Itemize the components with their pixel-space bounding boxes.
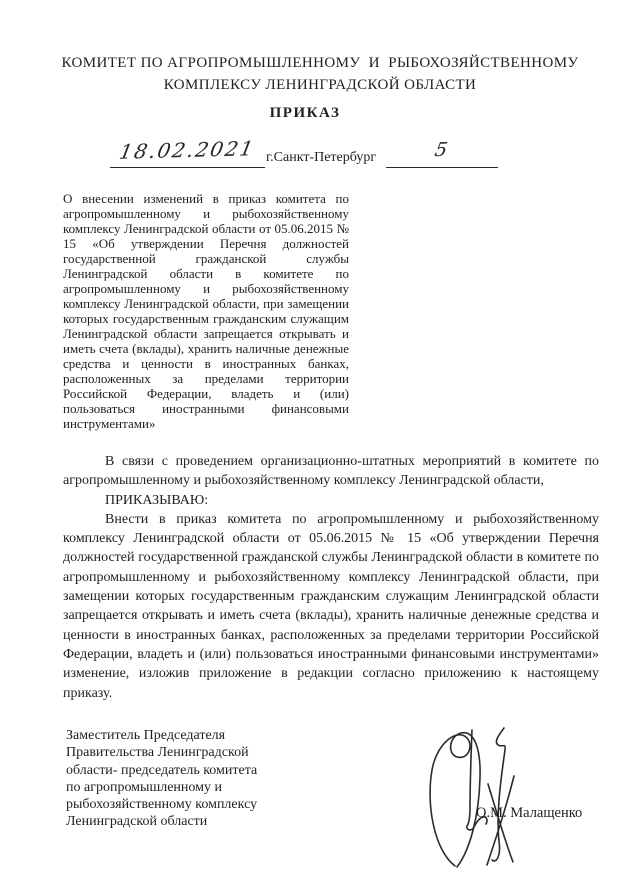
annotation-paragraph: О внесении изменений в приказ комитета п… xyxy=(63,191,349,431)
body-clause-paragraph: Внести в приказ комитета по агропромышле… xyxy=(63,510,599,703)
org-name-header: КОМИТЕТ ПО АГРОПРОМЫШЛЕННОМУ И РЫБОХОЗЯЙ… xyxy=(5,52,635,96)
signatory-title: Заместитель Председателя Правительства Л… xyxy=(66,727,316,831)
body-text: В связи с проведением организационно-шта… xyxy=(63,452,599,703)
resolution-word: ПРИКАЗЫВАЮ: xyxy=(63,491,599,510)
doc-type-title: ПРИКАЗ xyxy=(0,105,610,122)
handwritten-number: 5 xyxy=(432,135,452,165)
date-underline: 18.02.2021 xyxy=(110,135,265,168)
number-underline: 5 xyxy=(386,135,498,168)
signatory-name: О.М. Малащенко xyxy=(476,805,582,822)
body-intro-paragraph: В связи с проведением организационно-шта… xyxy=(63,452,599,491)
signature-icon xyxy=(424,726,524,871)
date-place-number-line: 18.02.2021 г.Санкт-Петербург 5 xyxy=(0,135,640,168)
place-label: г.Санкт-Петербург xyxy=(266,150,376,166)
handwritten-date: 18.02.2021 xyxy=(117,133,258,167)
document-page: КОМИТЕТ ПО АГРОПРОМЫШЛЕННОМУ И РЫБОХОЗЯЙ… xyxy=(0,0,640,887)
